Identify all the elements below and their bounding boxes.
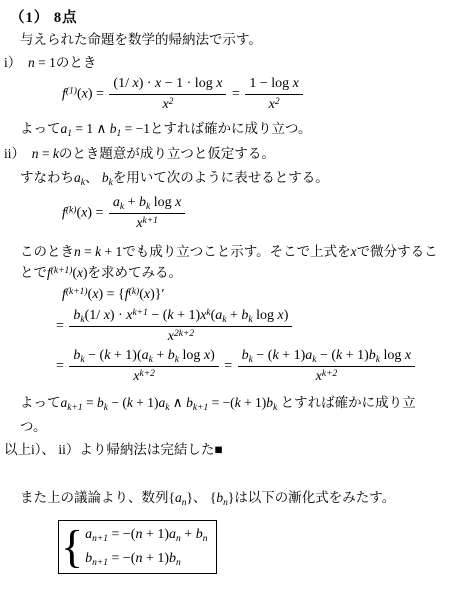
system-row-1: an+1 = −(n + 1)an + bn (85, 523, 207, 547)
fraction-numerator: (1/ x) · x − 1 · log x (109, 75, 226, 95)
math-text: = (83, 395, 97, 410)
math-text: ) · (139, 76, 155, 91)
recurrence-intro: また上の議論より、数列{an}、 {bn}は以下の漸化式をみたす。 (20, 487, 476, 508)
superscript: k+1 (132, 308, 147, 318)
fraction-denominator: x2 (245, 95, 303, 114)
subscript: n+1 (92, 558, 108, 568)
math-text: b (102, 170, 109, 185)
japanese-text: とで (20, 265, 47, 280)
document: （1） 8点与えられた命題を数学的帰納法で示す。i） n = 1のときf(1)(… (0, 8, 476, 574)
math-text: log (253, 308, 278, 323)
math-text: ∧ (169, 395, 186, 410)
math-text: b (169, 551, 176, 566)
japanese-text: を用いて次のように表せるとする。 (113, 170, 329, 185)
japanese-text: 、 (85, 170, 102, 185)
fraction: bk − (k + 1)ak − (k + 1)bk log xxk+2 (238, 347, 415, 386)
math-text: (1/ (113, 76, 132, 91)
fraction: (1/ x) · x − 1 · log xx2 (109, 75, 226, 114)
induction-step-text-2: とでf(k+1)(x)を求めてみる。 (20, 262, 476, 283)
superscript: (k+1) (51, 266, 73, 276)
case-ii-label: ii） n = kのとき題意が成り立つと仮定する。 (4, 143, 476, 164)
fraction: 1 − log xx2 (245, 75, 303, 114)
superscript: 2 (275, 97, 280, 107)
japanese-text: つ。 (20, 419, 46, 434)
japanese-text: とすれば確かに成り立つ。 (150, 121, 311, 136)
japanese-text: よって (20, 121, 61, 136)
math-text: b (110, 121, 117, 136)
japanese-text: また上の議論より、数列 (20, 490, 169, 505)
japanese-text: とすれば確かに成り立 (277, 395, 415, 410)
math-text: a (169, 527, 176, 542)
formula-fk1-simplified: = bk − (k + 1)(ak + bk log x)xk+2 = bk −… (56, 347, 476, 386)
math-text: b (242, 348, 249, 363)
math-text: a (142, 348, 149, 363)
fraction-numerator: ak + bk log x (109, 194, 185, 214)
math-text: a (175, 490, 182, 505)
math-text: = 1 (35, 55, 56, 70)
math-text: + (181, 527, 196, 542)
math-text: = (56, 359, 67, 374)
math-text: )}′ (150, 287, 164, 302)
japanese-text: すなわち (20, 170, 74, 185)
formula-fk: f(k)(x) = ak + bk log xxk+1 (62, 194, 476, 233)
math-text: + 1) (142, 527, 169, 542)
fraction-denominator: xk+1 (109, 214, 185, 233)
math-text: − ( (148, 308, 168, 323)
math-text: n (74, 244, 81, 259)
math-text: log (150, 195, 175, 210)
case-ii-conclusion-1: よってak+1 = bk − (k + 1)ak ∧ bk+1 = −(k + … (20, 392, 476, 413)
induction-step-text-1: このときn = k + 1でも成り立つこと示す。そこで上式をxで微分するこ (20, 241, 476, 262)
math-text: x (405, 348, 411, 363)
math-text: = (228, 87, 243, 102)
math-text: b (139, 195, 146, 210)
case-ii-conclusion-2: つ。 (20, 416, 476, 437)
superscript: k+2 (322, 369, 337, 379)
superscript: 2 (169, 97, 174, 107)
math-text: ) (284, 308, 289, 323)
superscript: (k+1) (66, 287, 88, 297)
math-text: − ( (316, 348, 336, 363)
japanese-text: （1） 8点 (10, 10, 78, 26)
subscript: n (203, 534, 208, 544)
fraction-numerator: bk − (k + 1)(ak + bk log x) (69, 347, 218, 367)
math-text: + (227, 308, 242, 323)
math-text: + (153, 348, 168, 363)
formula-fk1-lhs: f(k+1)(x) = {f(k)(x)}′ (62, 284, 476, 305)
fraction-numerator: 1 − log x (245, 75, 303, 95)
japanese-text: を求めてみる。 (87, 265, 182, 280)
math-text: = 1 ∧ (72, 121, 110, 136)
superscript: k+2 (140, 369, 155, 379)
fraction-denominator: x2 (109, 95, 226, 114)
recurrence-system-box: {an+1 = −(n + 1)an + bnbn+1 = −(n + 1)bn (58, 520, 217, 574)
math-text: b (97, 395, 104, 410)
math-text: = (81, 244, 95, 259)
fraction-numerator: bk(1/ x) · xk+1 − (k + 1)xk(ak + bk log … (69, 307, 292, 327)
math-text: b (369, 348, 376, 363)
superscript: 2k+2 (174, 329, 194, 339)
math-text: = −1 (121, 121, 150, 136)
japanese-text: このとき (20, 244, 74, 259)
japanese-text: ii） (4, 146, 32, 161)
superscript: k+1 (143, 216, 158, 226)
fraction: ak + bk log xxk+1 (109, 194, 185, 233)
subscript: n+1 (92, 534, 108, 544)
fraction: bk − (k + 1)(ak + bk log x)xk+2 (69, 347, 218, 386)
math-text: ) = (88, 87, 108, 102)
math-text: + 1) (342, 348, 369, 363)
math-text: log (380, 348, 405, 363)
japanese-text: i） (4, 55, 28, 70)
japanese-text: のとき題意が成り立つと仮定する。 (59, 146, 275, 161)
math-text: = (56, 319, 67, 334)
intro-statement: 与えられた命題を数学的帰納法で示す。 (20, 29, 476, 50)
math-text: + 1) (133, 395, 159, 410)
case-i-label: i） n = 1のとき (4, 52, 476, 73)
math-text: n (32, 146, 39, 161)
subscript: k+1 (193, 403, 208, 413)
fraction-denominator: x2k+2 (69, 327, 292, 346)
system-rows: an+1 = −(n + 1)an + bnbn+1 = −(n + 1)bn (85, 523, 207, 571)
math-text: = −( (208, 395, 234, 410)
math-text: + 1) (241, 395, 267, 410)
math-text: + (124, 195, 139, 210)
math-text: b (168, 348, 175, 363)
math-text: + 1) (279, 348, 306, 363)
superscript: (k) (129, 287, 140, 297)
fraction: bk(1/ x) · xk+1 − (k + 1)xk(ak + bk log … (69, 307, 292, 346)
japanese-text: 与えられた命題を数学的帰納法で示す。 (20, 32, 262, 47)
formula-f1: f(1)(x) = (1/ x) · x − 1 · log xx2 = 1 −… (62, 75, 476, 114)
math-text: x (216, 76, 222, 91)
math-text: ) · (110, 308, 126, 323)
formula-fk1-expand: = bk(1/ x) · xk+1 − (k + 1)xk(ak + bk lo… (56, 307, 476, 346)
japanese-text: でも成り立つこと示す。そこで上式を (122, 244, 350, 259)
math-text: + 1) (174, 308, 201, 323)
math-text: log (179, 348, 204, 363)
japanese-text: で微分するこ (357, 244, 438, 259)
subscript: n (176, 558, 181, 568)
fraction-denominator: xk+2 (238, 367, 415, 386)
math-text: = −( (108, 551, 135, 566)
math-text: 1 − log (249, 76, 292, 91)
system-row-2: bn+1 = −(n + 1)bn (85, 547, 207, 571)
math-text: b (196, 527, 203, 542)
math-text: + 1)( (110, 348, 141, 363)
math-text: (1/ (85, 308, 104, 323)
recurrence-box-line: {an+1 = −(n + 1)an + bnbn+1 = −(n + 1)bn (58, 520, 476, 574)
japanese-text: よって (20, 395, 61, 410)
fraction-denominator: xk+2 (69, 367, 218, 386)
superscript: (k) (66, 206, 77, 216)
induction-complete: 以上i）、 ii）より帰納法は完結した■ (4, 439, 476, 460)
math-text: = (39, 146, 53, 161)
math-text: x (293, 76, 299, 91)
math-text: x (175, 195, 181, 210)
math-text: a (74, 170, 81, 185)
math-text: a (113, 195, 120, 210)
math-text: n (28, 55, 35, 70)
math-text: − ( (253, 348, 273, 363)
case-i-conclusion: よってa1 = 1 ∧ b1 = −1とすれば確かに成り立つ。 (20, 118, 476, 139)
math-text: ) (210, 348, 215, 363)
japanese-text: 以上i）、 ii）より帰納法は完結した■ (4, 442, 223, 457)
math-text: = (221, 359, 236, 374)
math-text: − ( (85, 348, 105, 363)
japanese-text: のとき (56, 55, 97, 70)
math-text: b (186, 395, 193, 410)
subscript: k+1 (67, 403, 82, 413)
math-text: ) = { (99, 287, 125, 302)
case-ii-assumption: すなわちak、 bkを用いて次のように表せるとする。 (20, 167, 476, 188)
math-text: + 1 (101, 244, 122, 259)
superscript: (1) (66, 87, 77, 97)
math-text: ) = (87, 206, 107, 221)
japanese-text: は以下の漸化式をみたす。 (234, 490, 395, 505)
problem-heading: （1） 8点 (10, 8, 476, 29)
math-text: = −( (108, 527, 135, 542)
math-text: − ( (108, 395, 127, 410)
math-text: + 1) (142, 551, 169, 566)
math-text: − 1 · log (161, 76, 216, 91)
fraction-numerator: bk − (k + 1)ak − (k + 1)bk log x (238, 347, 415, 367)
japanese-text: 、 (193, 490, 210, 505)
